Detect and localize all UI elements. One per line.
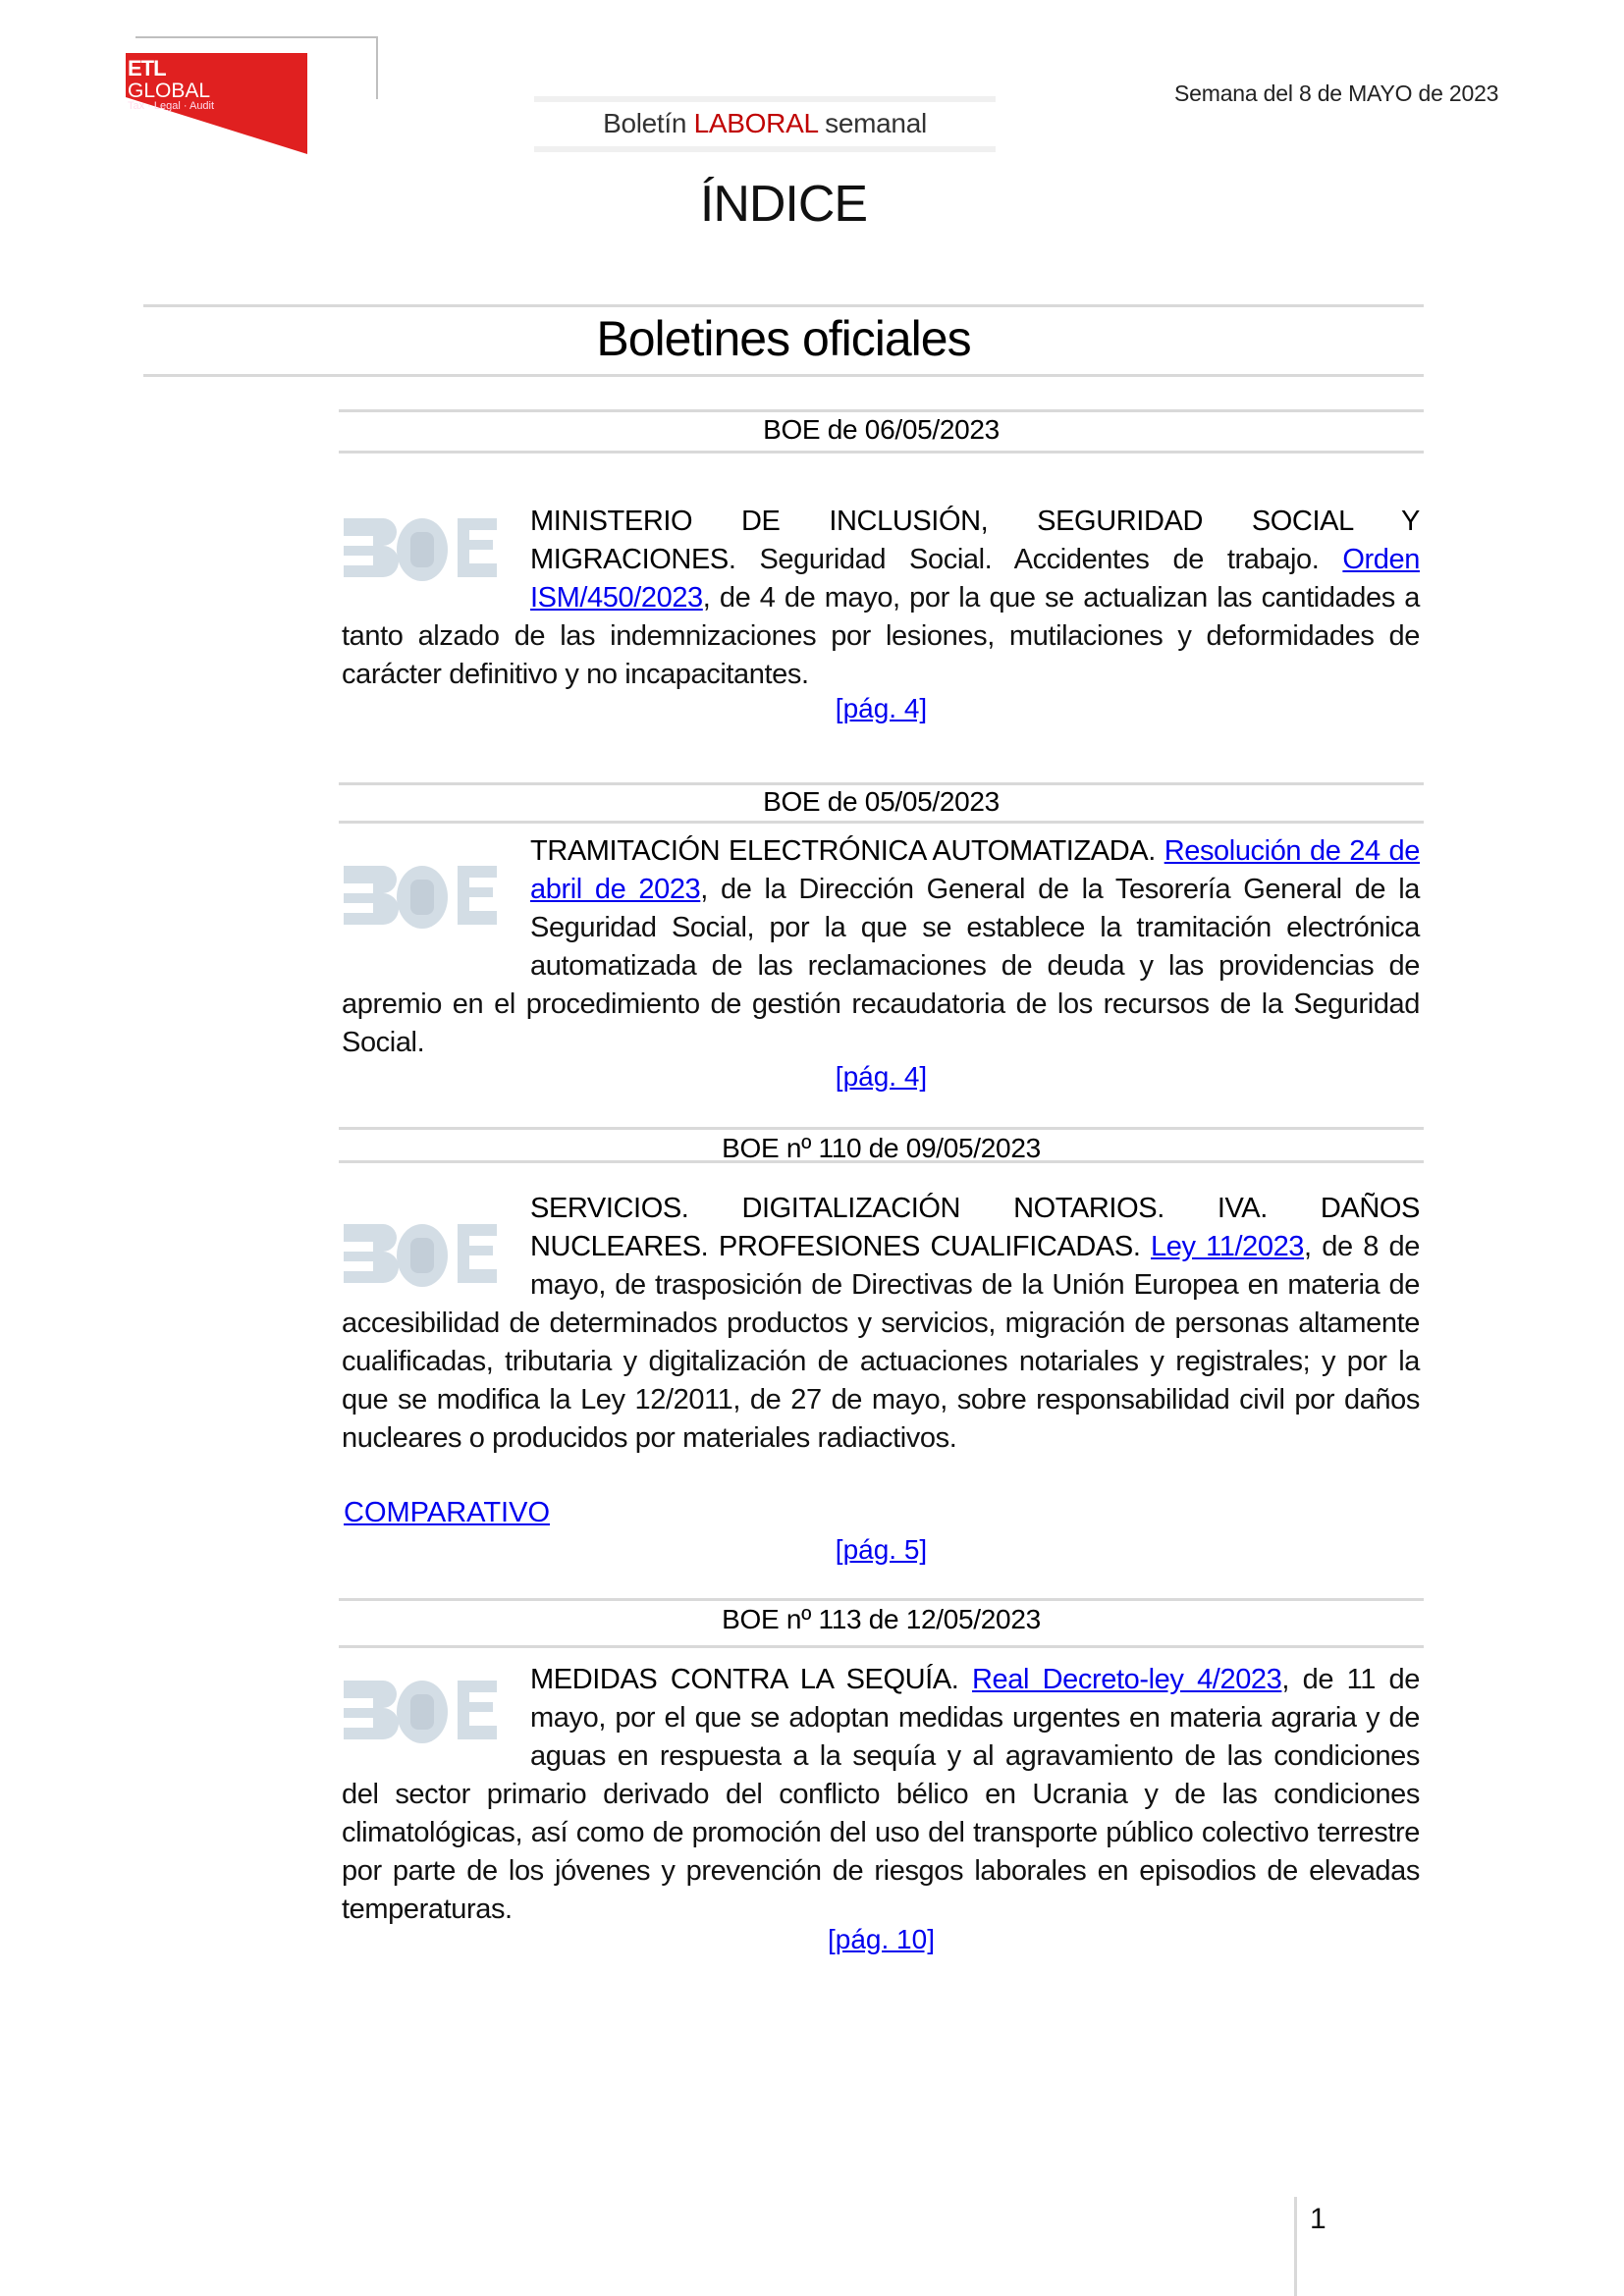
entry-rule bbox=[339, 782, 1424, 785]
entry-text: . Seguridad Social. Accidentes de trabaj… bbox=[729, 544, 1343, 575]
week-label: Semana del 8 de MAYO de 2023 bbox=[1174, 80, 1498, 107]
entry-date-heading: BOE de 06/05/2023 bbox=[339, 414, 1424, 446]
page-ref: [pág. 4] bbox=[339, 693, 1424, 724]
boe-logo-icon bbox=[342, 512, 499, 591]
logo-name: GLOBAL bbox=[128, 80, 210, 101]
page-ref-link[interactable]: [pág. 5] bbox=[836, 1534, 927, 1565]
page-ref: [pág. 4] bbox=[339, 1061, 1424, 1093]
entry-caps: MEDIDAS CONTRA LA SEQUÍA bbox=[530, 1664, 951, 1695]
section-title: Boletines oficiales bbox=[143, 310, 1424, 367]
entry-text: , de 4 de mayo, por la que se actualizan… bbox=[342, 582, 1420, 690]
bulletin-prefix: Boletín bbox=[603, 108, 694, 138]
section-rule-bottom bbox=[143, 374, 1424, 377]
entry-link[interactable]: Real Decreto-ley 4/2023 bbox=[972, 1664, 1281, 1695]
page-number: 1 bbox=[1310, 2203, 1326, 2236]
comparativo-link[interactable]: COMPARATIVO bbox=[344, 1497, 550, 1528]
entry-date-heading: BOE nº 113 de 12/05/2023 bbox=[339, 1604, 1424, 1635]
bulletin-top-bar bbox=[534, 96, 996, 102]
bulletin-entry: MINISTERIO DE INCLUSIÓN, SEGURIDAD SOCIA… bbox=[342, 503, 1420, 694]
index-title: ÍNDICE bbox=[0, 175, 1567, 234]
bulletin-suffix: semanal bbox=[818, 108, 927, 138]
page-number-rule bbox=[1294, 2197, 1297, 2296]
section-rule-top bbox=[143, 304, 1424, 307]
bulletin-entry: SERVICIOS. DIGITALIZACIÓN NOTARIOS. IVA.… bbox=[342, 1190, 1420, 1458]
entry-date-heading: BOE de 05/05/2023 bbox=[339, 786, 1424, 818]
bulletin-entry: MEDIDAS CONTRA LA SEQUÍA. Real Decreto-l… bbox=[342, 1661, 1420, 1929]
page-ref-link[interactable]: [pág. 4] bbox=[836, 1061, 927, 1092]
entry-rule bbox=[339, 1127, 1424, 1130]
entry-text: , de 11 de mayo, por el que se adoptan m… bbox=[342, 1664, 1420, 1925]
entry-rule bbox=[339, 451, 1424, 454]
page-ref-link[interactable]: [pág. 10] bbox=[828, 1924, 935, 1954]
entry-caps: TRAMITACIÓN ELECTRÓNICA AUTOMATIZADA bbox=[530, 835, 1148, 867]
boe-logo-icon bbox=[342, 1213, 499, 1302]
boe-logo-icon bbox=[342, 1675, 499, 1753]
logo-tagline: Tax · Legal · Audit bbox=[128, 101, 214, 112]
bulletin-title: Boletín LABORAL semanal bbox=[534, 108, 996, 139]
entry-text: , de la Dirección General de la Tesorerí… bbox=[342, 874, 1420, 1058]
bulletin-highlight: LABORAL bbox=[694, 108, 818, 138]
entry-rule bbox=[339, 821, 1424, 824]
boe-logo-icon bbox=[342, 842, 499, 958]
bulletin-header: Boletín LABORAL semanal bbox=[534, 96, 996, 152]
entry-rule bbox=[339, 1160, 1424, 1163]
entry-link[interactable]: Ley 11/2023 bbox=[1151, 1231, 1304, 1262]
page-ref: [pág. 10] bbox=[339, 1924, 1424, 1955]
entry-rule bbox=[339, 1645, 1424, 1648]
logo-brand: ETL bbox=[128, 58, 166, 80]
entry-rule bbox=[339, 409, 1424, 412]
entry-rule bbox=[339, 1598, 1424, 1601]
entry-text: . bbox=[1148, 835, 1164, 867]
bulletin-bottom-bar bbox=[534, 146, 996, 152]
entry-text: . bbox=[1133, 1231, 1151, 1262]
page-ref: [pág. 5] bbox=[339, 1534, 1424, 1566]
entry-text: . bbox=[951, 1664, 972, 1695]
page-ref-link[interactable]: [pág. 4] bbox=[836, 693, 927, 723]
bulletin-entry: TRAMITACIÓN ELECTRÓNICA AUTOMATIZADA. Re… bbox=[342, 832, 1420, 1062]
entry-text: , de 8 de mayo, de trasposición de Direc… bbox=[342, 1231, 1420, 1454]
comparativo-link-wrap: COMPARATIVO bbox=[344, 1497, 550, 1529]
etl-global-logo: ETL GLOBAL Tax · Legal · Audit bbox=[126, 36, 379, 152]
